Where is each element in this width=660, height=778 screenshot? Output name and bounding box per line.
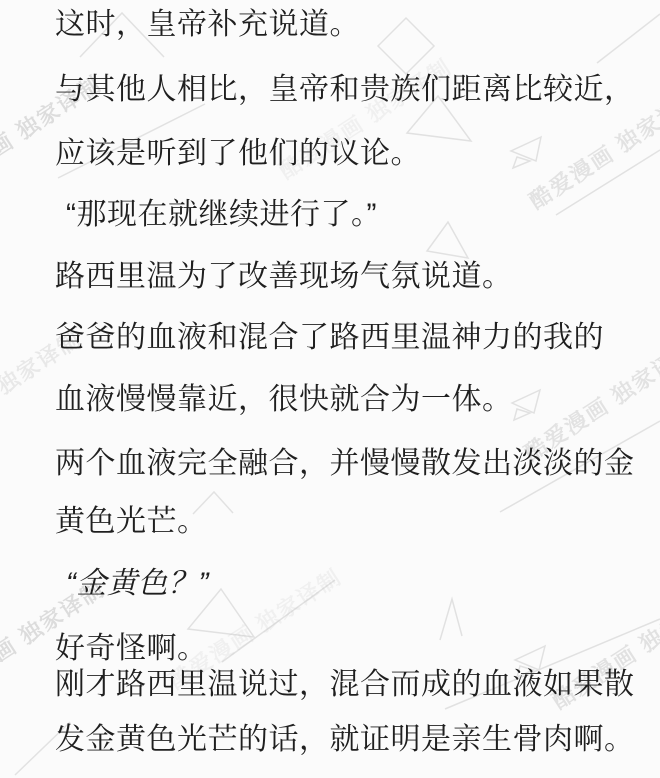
text-line-4-dialogue: “那现在就继续进行了。” (66, 198, 377, 233)
diagonal-line (597, 14, 660, 63)
text-line-2: 与其他人相比，皇帝和贵族们距离比较近， (55, 73, 635, 108)
triangle-outline-icon (427, 222, 468, 258)
paper-plane-icon (511, 137, 541, 168)
text-line-3: 应该是听到了他们的议论。 (55, 137, 421, 172)
text-line-8: 两个血液完全融合，并慢慢散发出淡淡的金 (55, 447, 635, 482)
text-line-7: 血液慢慢靠近，很快就合为一体。 (55, 383, 513, 418)
text-line-13: 发金黄色光芒的话，就证明是亲生骨肉啊。 (55, 723, 635, 758)
text-line-1: 这时，皇帝补充说道。 (55, 8, 360, 43)
text-line-12: 刚才路西里温说过，混合而成的血液如果散 (55, 668, 635, 703)
triangle-outline-icon (440, 599, 462, 640)
text-line-11: 好奇怪啊。 (55, 632, 208, 667)
diagonal-line (556, 150, 660, 215)
text-line-10-dialogue: “金黄色？” (66, 567, 209, 602)
text-line-5: 路西里温为了改善现场气氛说道。 (55, 260, 513, 295)
paper-plane-icon (512, 390, 540, 420)
text-line-6: 爸爸的血液和混合了路西里温神力的我的 (55, 321, 604, 356)
diamond-outline-icon (378, 18, 434, 74)
novel-text-page: 酷爱漫画 独家译制 酷爱漫画 独家译制 酷爱漫画 独家译制 酷爱漫画 独家译制 … (0, 0, 660, 778)
diagonal-line (222, 580, 335, 662)
text-line-9: 黄色光芒。 (55, 505, 208, 540)
